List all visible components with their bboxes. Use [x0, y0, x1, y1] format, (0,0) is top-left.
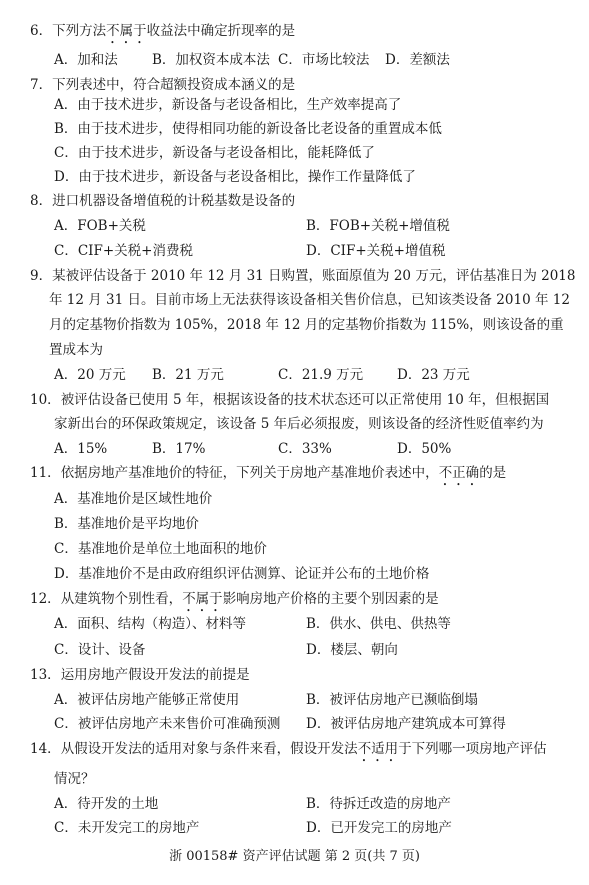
question-number: 6． — [30, 23, 52, 39]
emphasis-text: 不属于 — [182, 591, 223, 607]
question-8-option-d: D．CIF+关税+增值税 — [306, 242, 445, 260]
question-7-option-a: A．由于技术进步，新设备与老设备相比，生产效率提高了 — [54, 96, 401, 114]
question-7-stem: 7．下列表述中，符合超额投资成本涵义的是 — [30, 76, 295, 94]
question-14-option-c: C．未开发完工的房地产 — [54, 819, 199, 837]
question-8-option-b: B．FOB+关税+增值税 — [306, 217, 450, 235]
question-14-stem-line-2: 情况？ — [54, 770, 95, 788]
emphasis-text: 不正确 — [439, 465, 480, 481]
question-9-stem-line-3: 月的定基物价指数为 105%，2018 年 12 月的定基物价指数为 115%，… — [49, 316, 564, 334]
question-10-stem-line-2: 家新出台的环保政策规定，该设备 5 年后必须报废，则该设备的经济性贬值率约为 — [54, 415, 544, 433]
question-9-options: A．20 万元 B．21 万元 C．21.9 万元 D．23 万元 — [0, 366, 589, 384]
question-11-option-b: B．基准地价是平均地价 — [54, 515, 199, 533]
question-10-options: A．15% B．17% C．33% D．50% — [0, 440, 589, 458]
option-b: B．17% — [152, 440, 205, 458]
question-13-option-b: B．被评估房地产已濒临倒塌 — [306, 691, 478, 709]
question-9-stem-line-2: 年 12 月 31 日。目前市场上无法获得该设备相关售价信息，已知该类设备 20… — [49, 291, 570, 309]
question-12-option-c: C．设计、设备 — [54, 641, 145, 659]
question-6-stem: 6．下列方法不属于收益法中确定折现率的是 — [30, 22, 295, 47]
question-13-stem: 13．运用房地产假设开发法的前提是 — [30, 666, 250, 684]
question-14-stem: 14．从假设开发法的适用对象与条件来看，假设开发法不适用于下列哪一项房地产评估 — [30, 740, 547, 765]
question-7-option-c: C．由于技术进步，新设备与老设备相比，能耗降低了 — [54, 144, 375, 162]
question-12-option-d: D．楼层、朝向 — [306, 641, 398, 659]
option-b: B．加权资本成本法 — [152, 51, 270, 69]
option-d: D．50% — [397, 440, 451, 458]
question-12-option-b: B．供水、供电、供热等 — [306, 615, 451, 633]
option-b: B．21 万元 — [152, 366, 224, 384]
question-8-option-a: A．FOB+关税 — [54, 217, 146, 235]
option-a: A．加和法 — [54, 51, 118, 69]
question-11-option-c: C．基准地价是单位土地面积的地价 — [54, 540, 267, 558]
question-13-option-d: D．被评估房地产建筑成本可算得 — [306, 715, 506, 733]
question-11-stem: 11．依据房地产基准地价的特征，下列关于房地产基准地价表述中，不正确的是 — [30, 464, 506, 489]
emphasis-text: 不适用 — [358, 741, 399, 757]
question-7-option-d: D．由于技术进步，新设备与老设备相比，操作工作量降低了 — [54, 168, 416, 186]
question-14-option-b: B．待拆迁改造的房地产 — [306, 795, 451, 813]
option-d: D．23 万元 — [397, 366, 470, 384]
option-a: A．20 万元 — [54, 366, 126, 384]
option-a: A．15% — [54, 440, 107, 458]
question-13-option-c: C．被评估房地产未来售价可准确预测 — [54, 715, 280, 733]
option-c: C．市场比较法 — [278, 51, 369, 69]
option-c: C．21.9 万元 — [278, 366, 363, 384]
question-13-option-a: A．被评估房地产能够正常使用 — [54, 691, 239, 709]
question-8-option-c: C．CIF+关税+消费税 — [54, 242, 193, 260]
question-12-option-a: A．面积、结构（构造）、材料等 — [54, 615, 246, 633]
option-c: C．33% — [278, 440, 332, 458]
question-11-option-d: D．基准地价不是由政府组织评估测算、论证并公布的土地价格 — [54, 565, 429, 583]
question-10-stem: 10．被评估设备已使用 5 年，根据该设备的技术状态还可以正常使用 10 年，但… — [30, 391, 549, 409]
question-14-option-a: A．待开发的土地 — [54, 795, 158, 813]
option-d: D．差额法 — [385, 51, 450, 69]
question-8-stem: 8．进口机器设备增值税的计税基数是设备的 — [30, 192, 295, 210]
question-6-options: A．加和法 B．加权资本成本法 C．市场比较法 D．差额法 — [0, 51, 589, 69]
question-12-stem: 12．从建筑物个别性看，不属于影响房地产价格的主要个别因素的是 — [30, 590, 439, 615]
question-11-option-a: A．基准地价是区域性地价 — [54, 490, 212, 508]
page-footer: 浙 00158# 资产评估试题 第 2 页(共 7 页) — [0, 848, 589, 866]
question-14-option-d: D．已开发完工的房地产 — [306, 819, 452, 837]
question-7-option-b: B．由于技术进步，使得相同功能的新设备比老设备的重置成本低 — [54, 120, 442, 138]
emphasis-text: 不属于 — [106, 23, 147, 39]
question-9-stem-line-4: 置成本为 — [49, 341, 103, 359]
question-9-stem: 9．某被评估设备于 2010 年 12 月 31 日购置，账面原值为 20 万元… — [30, 267, 575, 285]
